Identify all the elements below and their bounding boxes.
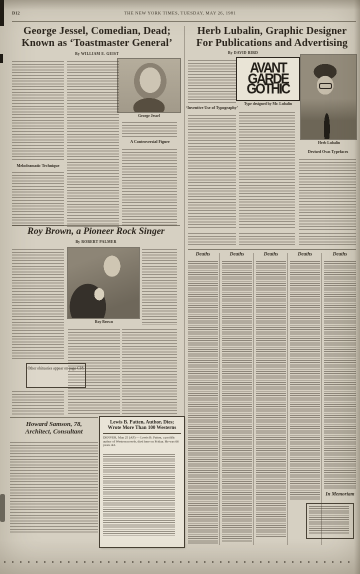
masthead-rule: [12, 21, 356, 22]
memoriam-header: In Memoriam: [324, 492, 356, 499]
lubalin-text-column: [188, 233, 236, 246]
lubalin-photo-caption-label: Herb Lubalin: [301, 141, 356, 145]
patten-headline: Lewis B. Patten, Author, Dies; Wrote Mor…: [103, 420, 181, 431]
lubalin-headline-line2: For Publications and Advertising: [188, 38, 356, 50]
deaths-column-header: Deaths: [222, 252, 252, 259]
jessel-headline-line2: Known as ‘Toastmaster General’: [12, 38, 182, 50]
brown-headline: Roy Brown, a Pioneer Rock Singer: [12, 227, 180, 238]
deaths-header-label: Deaths: [188, 252, 218, 257]
lubalin-text-column: [239, 112, 295, 228]
jessel-subhead-1-label: Melodramatic Technique: [12, 164, 64, 168]
jessel-photo: [118, 59, 180, 112]
patten-headline-rule: [103, 433, 181, 434]
avant-garde-type-specimen: AVANT GARDE GOTHIC: [237, 58, 299, 100]
column-rule: [253, 253, 254, 545]
lubalin-subhead-2: Devised Own Typefaces: [299, 150, 356, 158]
memoriam-box-text: [309, 506, 349, 534]
lubalin-byline-label: By DAVID BIRD: [188, 51, 298, 55]
jessel-subhead-1: Melodramatic Technique: [12, 164, 64, 172]
jessel-photo-caption-label: George Jessel: [118, 114, 180, 118]
perforation-edge: [4, 561, 356, 563]
brown-photo: [68, 248, 139, 318]
jessel-text-column: [12, 61, 64, 161]
brown-byline-label: By ROBERT PALMER: [12, 240, 180, 244]
brown-text-column: [12, 391, 64, 415]
logo-line-gothic: GOTHIC: [247, 83, 290, 95]
deaths-column: [188, 261, 218, 545]
lubalin-text-column: [188, 60, 236, 104]
deaths-column-header: Deaths: [188, 252, 218, 259]
brown-text-column: [68, 329, 120, 415]
brown-photo-caption-label: Roy Brown: [68, 320, 139, 324]
section-rule: [10, 417, 98, 418]
jessel-headline-line1: George Jessel, Comedian, Dead;: [12, 26, 182, 38]
memoriam-box: [306, 503, 354, 539]
jessel-photo-caption: George Jessel: [118, 114, 180, 122]
brown-text-column: [12, 249, 64, 359]
jessel-text-column: [122, 122, 177, 138]
column-rule: [321, 253, 322, 545]
deaths-section-rule: [188, 249, 356, 250]
deaths-column: [256, 261, 286, 538]
lubalin-text-column: [239, 233, 295, 246]
deaths-column-header: Deaths: [324, 252, 356, 259]
patten-dateline: DENVER, May 25 (AP) — Lewis B. Patten, a…: [103, 436, 181, 450]
samson-headline-lines: Howard Samson, 78, Architect, Consultant: [8, 420, 100, 435]
jessel-byline-label: By WILLIAM E. GEIST: [12, 52, 182, 56]
lubalin-text-column: [188, 115, 236, 228]
deaths-header-label: Deaths: [256, 252, 286, 257]
logo-caption: Type designed by Mr. Lubalin: [230, 102, 306, 110]
lubalin-headline: Herb Lubalin, Graphic Designer For Publi…: [188, 26, 356, 50]
memoriam-header-label: In Memoriam: [324, 492, 356, 497]
section-rule: [12, 225, 180, 226]
samson-text-column: [10, 442, 98, 534]
lubalin-photo-caption: Herb Lubalin: [301, 141, 356, 149]
lubalin-photo: [301, 55, 356, 139]
patten-dateline-label: DENVER, May 25 (AP) — Lewis B. Patten, a…: [103, 436, 181, 447]
deaths-header-label: Deaths: [222, 252, 252, 257]
patten-headline-lines: Lewis B. Patten, Author, Dies; Wrote Mor…: [103, 420, 181, 431]
logo-caption-label: Type designed by Mr. Lubalin: [230, 102, 306, 106]
brown-byline: By ROBERT PALMER: [12, 240, 180, 248]
deaths-column: [324, 261, 356, 489]
deaths-header-label: Deaths: [290, 252, 320, 257]
deaths-header-label: Deaths: [324, 252, 356, 257]
lubalin-headline-line1: Herb Lubalin, Graphic Designer: [188, 26, 356, 38]
jessel-subhead-2: A Controversial Figure: [122, 140, 177, 148]
binding-mark: [0, 54, 3, 63]
brown-photo-caption: Roy Brown: [68, 320, 139, 328]
jessel-text-column: [67, 61, 119, 227]
lubalin-text-column: [299, 233, 356, 246]
deaths-column: [222, 261, 252, 542]
patten-box: Lewis B. Patten, Author, Dies; Wrote Mor…: [100, 417, 184, 547]
newspaper-page: D12 THE NEW YORK TIMES, TUESDAY, MAY 26,…: [0, 0, 360, 574]
samson-headline: Howard Samson, 78, Architect, Consultant: [8, 420, 100, 438]
article-divider-rule: [184, 26, 185, 548]
column-rule: [287, 253, 288, 545]
brown-headline-label: Roy Brown, a Pioneer Rock Singer: [12, 227, 180, 238]
jessel-text-column: [12, 172, 64, 227]
samson-headline-line1: Howard Samson, 78,: [8, 420, 100, 428]
jessel-headline: George Jessel, Comedian, Dead; Known as …: [12, 26, 182, 50]
lubalin-subhead-2-label: Devised Own Typefaces: [299, 150, 356, 154]
samson-headline-line2: Architect, Consultant: [8, 428, 100, 436]
brown-text-column: [142, 249, 177, 325]
deaths-column: [290, 261, 320, 501]
lubalin-text-column: [299, 159, 356, 232]
patten-headline-line2: Wrote More Than 100 Westerns: [103, 425, 181, 430]
brown-text-column: [122, 329, 177, 415]
jessel-subhead-2-label: A Controversial Figure: [122, 140, 177, 144]
masthead: THE NEW YORK TIMES, TUESDAY, MAY 26, 198…: [0, 11, 360, 19]
scan-edge-top: [0, 0, 360, 10]
column-rule: [219, 253, 220, 545]
deaths-column-header: Deaths: [256, 252, 286, 259]
patten-text: [103, 454, 175, 536]
jessel-text-column: [122, 149, 177, 227]
masthead-label: THE NEW YORK TIMES, TUESDAY, MAY 26, 198…: [0, 11, 360, 16]
ink-smudge: [0, 494, 5, 522]
deaths-column-header: Deaths: [290, 252, 320, 259]
